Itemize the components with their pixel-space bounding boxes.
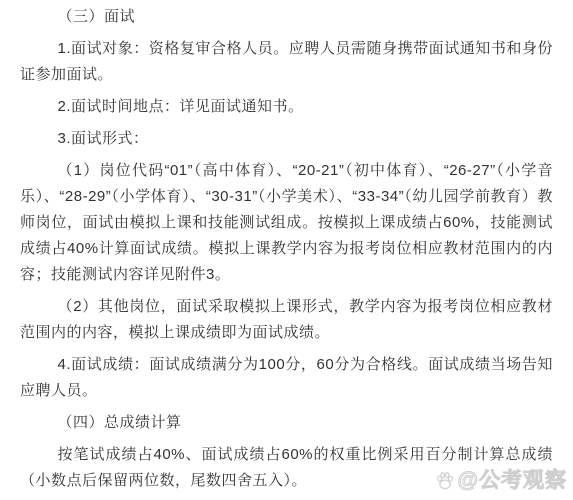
- para-interview-candidates: 1.面试对象：资格复审合格人员。应聘人员需随身携带面试通知书和身份证参加面试。: [20, 36, 553, 88]
- para-interview-format: 3.面试形式：: [20, 126, 553, 152]
- document-page: （三）面试 1.面试对象：资格复审合格人员。应聘人员需随身携带面试通知书和身份证…: [0, 0, 573, 500]
- para-format-item-1: （1）岗位代码“01”（高中体育）、“20-21”（初中体育）、“26-27”（…: [20, 158, 553, 288]
- para-total-score-calculation: 按笔试成绩占40%、面试成绩占60%的权重比例采用百分制计算总成绩（小数点后保留…: [20, 442, 553, 494]
- para-format-item-2: （2）其他岗位，面试采取模拟上课形式，教学内容为报考岗位相应教材范围内的内容，模…: [20, 294, 553, 346]
- heading-section-3-interview: （三）面试: [20, 4, 553, 30]
- document-body: （三）面试 1.面试对象：资格复审合格人员。应聘人员需随身携带面试通知书和身份证…: [0, 0, 573, 494]
- para-interview-score: 4.面试成绩：面试成绩满分为100分，60分为合格线。面试成绩当场告知应聘人员。: [20, 352, 553, 404]
- para-interview-time-place: 2.面试时间地点：详见面试通知书。: [20, 94, 553, 120]
- heading-section-4-total-score: （四）总成绩计算: [20, 410, 553, 436]
